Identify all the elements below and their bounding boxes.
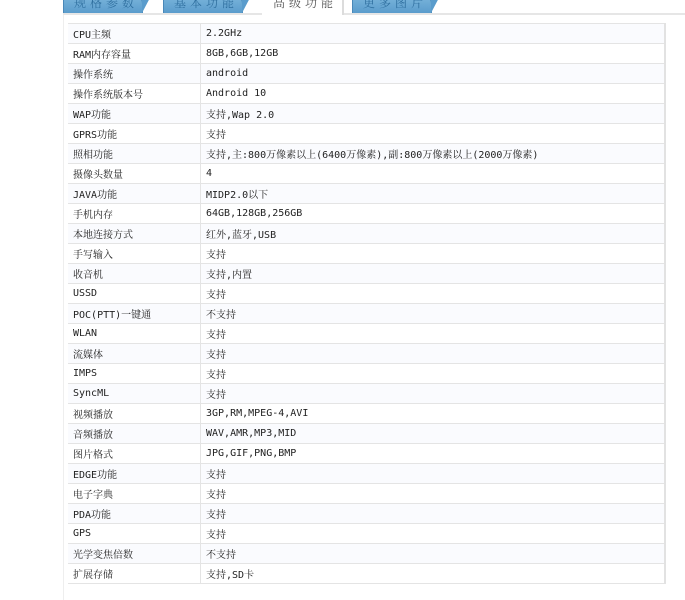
spec-value: 支持 [201, 324, 666, 344]
tab-basic-features[interactable]: 基本功能 [163, 0, 243, 14]
panel-left-border [63, 15, 64, 600]
tab-bar: 规格参数 基本功能 高级功能 更多图片 [0, 0, 685, 15]
spec-label: 操作系统 [68, 64, 201, 84]
spec-value: 4 [201, 164, 666, 184]
spec-value: 支持 [201, 384, 666, 404]
spec-row: CPU主频2.2GHz [68, 24, 665, 44]
spec-value: 不支持 [201, 544, 666, 564]
spec-value: 2.2GHz [201, 24, 666, 44]
spec-row: 扩展存储支持,SD卡 [68, 564, 665, 584]
spec-row: 音频播放WAV,AMR,MP3,MID [68, 424, 665, 444]
spec-label: PDA功能 [68, 504, 201, 524]
spec-row: 操作系统版本号Android 10 [68, 84, 665, 104]
spec-value: 64GB,128GB,256GB [201, 204, 666, 224]
spec-row: JAVA功能MIDP2.0以下 [68, 184, 665, 204]
spec-row: SyncML支持 [68, 384, 665, 404]
spec-row: 视频播放3GP,RM,MPEG-4,AVI [68, 404, 665, 424]
spec-value: 支持 [201, 244, 666, 264]
spec-label: RAM内存容量 [68, 44, 201, 64]
spec-label: EDGE功能 [68, 464, 201, 484]
spec-row: 摄像头数量4 [68, 164, 665, 184]
spec-value: 支持,主:800万像素以上(6400万像素),副:800万像素以上(2000万像… [201, 144, 666, 164]
spec-value: 3GP,RM,MPEG-4,AVI [201, 404, 666, 424]
spec-value: 支持 [201, 124, 666, 144]
spec-value: android [201, 64, 666, 84]
spec-row: IMPS支持 [68, 364, 665, 384]
spec-row: WAP功能支持,Wap 2.0 [68, 104, 665, 124]
spec-label: 摄像头数量 [68, 164, 201, 184]
spec-label: 照相功能 [68, 144, 201, 164]
spec-row: 操作系统android [68, 64, 665, 84]
spec-row: 收音机支持,内置 [68, 264, 665, 284]
spec-label: USSD [68, 284, 201, 304]
spec-label: WLAN [68, 324, 201, 344]
spec-label: 图片格式 [68, 444, 201, 464]
spec-value: 支持 [201, 504, 666, 524]
spec-label: 本地连接方式 [68, 224, 201, 244]
spec-label: WAP功能 [68, 104, 201, 124]
spec-value: Android 10 [201, 84, 666, 104]
spec-value: 支持 [201, 484, 666, 504]
spec-value: 支持,内置 [201, 264, 666, 284]
spec-value: 支持,Wap 2.0 [201, 104, 666, 124]
spec-row: 本地连接方式红外,蓝牙,USB [68, 224, 665, 244]
spec-label: IMPS [68, 364, 201, 384]
tab-advanced-features[interactable]: 高级功能 [262, 0, 344, 15]
tab-specs[interactable]: 规格参数 [63, 0, 143, 14]
spec-row: 流媒体支持 [68, 344, 665, 364]
spec-row: 图片格式JPG,GIF,PNG,BMP [68, 444, 665, 464]
spec-label: 电子字典 [68, 484, 201, 504]
spec-label: GPS [68, 524, 201, 544]
spec-label: JAVA功能 [68, 184, 201, 204]
spec-value: 8GB,6GB,12GB [201, 44, 666, 64]
spec-label: GPRS功能 [68, 124, 201, 144]
tab-more-images[interactable]: 更多图片 [352, 0, 432, 14]
spec-row: POC(PTT)一键通不支持 [68, 304, 665, 324]
spec-value: 不支持 [201, 304, 666, 324]
spec-label: 扩展存储 [68, 564, 201, 584]
spec-table: CPU主频2.2GHzRAM内存容量8GB,6GB,12GB操作系统androi… [68, 23, 666, 584]
spec-row: 电子字典支持 [68, 484, 665, 504]
spec-row: USSD支持 [68, 284, 665, 304]
spec-value: MIDP2.0以下 [201, 184, 666, 204]
spec-label: 收音机 [68, 264, 201, 284]
spec-value: 支持 [201, 524, 666, 544]
spec-label: 光学变焦倍数 [68, 544, 201, 564]
spec-label: 流媒体 [68, 344, 201, 364]
spec-value: 支持 [201, 364, 666, 384]
spec-label: CPU主频 [68, 24, 201, 44]
spec-label: 视频播放 [68, 404, 201, 424]
spec-row: 光学变焦倍数不支持 [68, 544, 665, 564]
spec-label: 操作系统版本号 [68, 84, 201, 104]
spec-row: RAM内存容量8GB,6GB,12GB [68, 44, 665, 64]
spec-value: 支持 [201, 284, 666, 304]
spec-row: 照相功能支持,主:800万像素以上(6400万像素),副:800万像素以上(20… [68, 144, 665, 164]
spec-row: EDGE功能支持 [68, 464, 665, 484]
spec-row: WLAN支持 [68, 324, 665, 344]
spec-label: POC(PTT)一键通 [68, 304, 201, 324]
tab-divider [63, 13, 685, 15]
spec-label: SyncML [68, 384, 201, 404]
spec-row: GPRS功能支持 [68, 124, 665, 144]
spec-label: 音频播放 [68, 424, 201, 444]
spec-value: WAV,AMR,MP3,MID [201, 424, 666, 444]
spec-row: 手机内存64GB,128GB,256GB [68, 204, 665, 224]
spec-value: 支持 [201, 344, 666, 364]
spec-row: GPS支持 [68, 524, 665, 544]
spec-value: 支持,SD卡 [201, 564, 666, 584]
spec-value: JPG,GIF,PNG,BMP [201, 444, 666, 464]
spec-label: 手写输入 [68, 244, 201, 264]
spec-value: 支持 [201, 464, 666, 484]
spec-row: 手写输入支持 [68, 244, 665, 264]
spec-value: 红外,蓝牙,USB [201, 224, 666, 244]
spec-row: PDA功能支持 [68, 504, 665, 524]
spec-label: 手机内存 [68, 204, 201, 224]
